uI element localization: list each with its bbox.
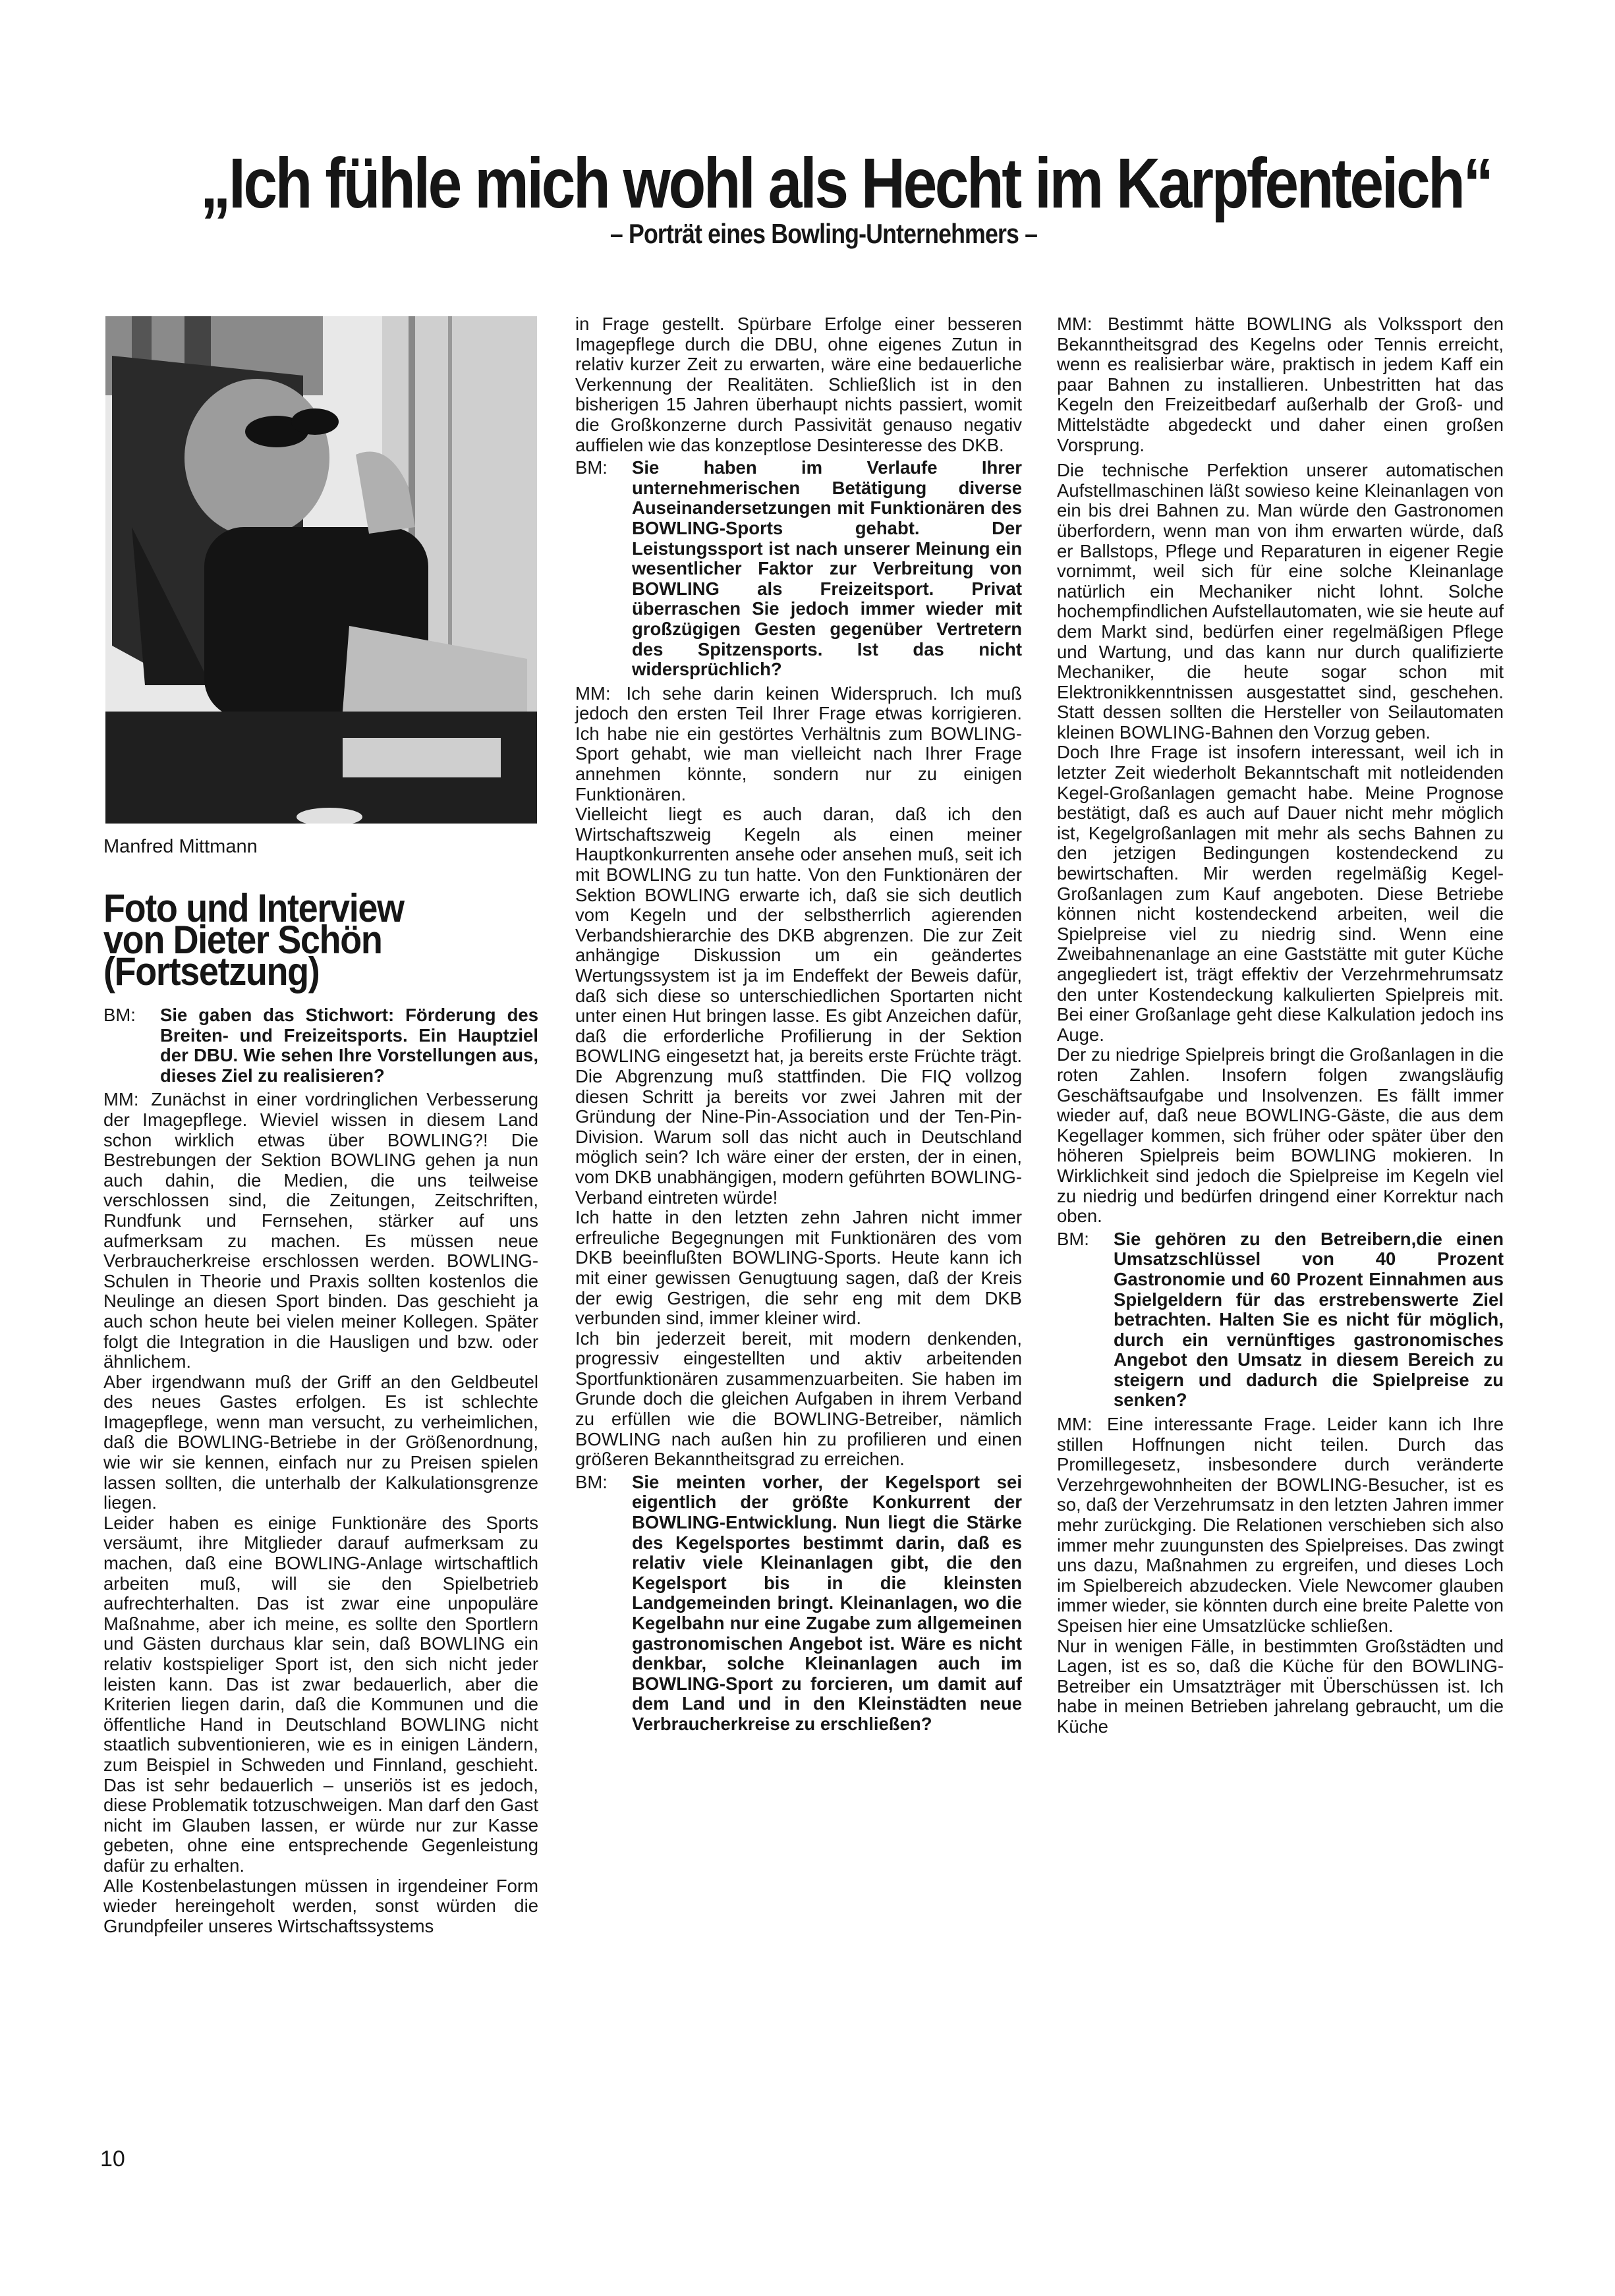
headline: „Ich fühle mich wohl als Hecht im Karpfe… [200,144,1447,223]
answer-text: Ich sehe darin keinen Widerspruch. Ich m… [575,683,1022,804]
question-text: Sie gaben das Stichwort: Förderung des B… [160,1005,538,1086]
interview-answer: MM: Ich sehe darin keinen Widerspruch. I… [575,684,1022,805]
answer-text: Eine interessante Frage. Leider kann ich… [1057,1414,1504,1636]
paragraph: Der zu niedrige Spielpreis bringt die Gr… [1057,1045,1504,1226]
paragraph: Alle Kostenbelastungen müssen in irgende… [103,1876,538,1937]
paragraph: Aber irgendwann muß der Griff an den Gel… [103,1372,538,1513]
photo-caption: Manfred Mittmann [103,835,258,858]
column-3: MM: Bestimmt hätte BOWLING als Volksspor… [1057,314,1504,1737]
column-1: BM: Sie gaben das Stichwort: Förderung d… [103,1003,538,1936]
photo-illustration [105,316,537,824]
paragraph: Ich bin jederzeit bereit, mit modern den… [575,1329,1022,1470]
paragraph: Doch Ihre Frage ist insofern interessant… [1057,742,1504,1045]
page-number: 10 [100,2146,125,2172]
speaker-label: BM: [575,458,632,680]
byline: Foto und Interview von Dieter Schön (For… [103,893,495,988]
column-2: in Frage gestellt. Spürbare Erfolge eine… [575,314,1022,1739]
question-text: Sie meinten vorher, der Kegelsport sei e… [632,1472,1022,1735]
interview-answer: MM: Zunächst in einer vordringlichen Ver… [103,1090,538,1372]
speaker-label: MM: [1057,314,1092,334]
paragraph: Vielleicht liegt es auch daran, daß ich … [575,804,1022,1208]
paragraph: in Frage gestellt. Spürbare Erfolge eine… [575,314,1022,455]
question-text: Sie gehören zu den Betreibern,die einen … [1114,1229,1504,1411]
question-text: Sie haben im Verlaufe Ihrer unternehmeri… [632,458,1022,680]
paragraph: Nur in wenigen Fälle, in bestimmten Groß… [1057,1637,1504,1737]
speaker-label: BM: [103,1005,160,1086]
interview-question: BM: Sie meinten vorher, der Kegelsport s… [575,1472,1022,1735]
speaker-label: MM: [103,1089,138,1109]
answer-text: Bestimmt hätte BOWLING als Volkssport de… [1057,314,1504,455]
paragraph: Leider haben es einige Funktionäre des S… [103,1513,538,1876]
paragraph: Ich hatte in den letzten zehn Jahren nic… [575,1208,1022,1329]
interview-question: BM: Sie gaben das Stichwort: Förderung d… [103,1005,538,1086]
interview-question: BM: Sie haben im Verlaufe Ihrer unterneh… [575,458,1022,680]
paragraph: Die technische Perfektion unserer automa… [1057,461,1504,742]
subheadline: – Porträt eines Bowling-Unternehmers – [208,217,1440,250]
speaker-label: MM: [1057,1414,1092,1434]
answer-text: Zunächst in einer vordringlichen Verbess… [103,1089,538,1372]
interview-question: BM: Sie gehören zu den Betreibern,die ei… [1057,1229,1504,1411]
speaker-label: MM: [575,683,610,704]
speaker-label: BM: [575,1472,632,1735]
speaker-label: BM: [1057,1229,1114,1411]
interview-answer: MM: Bestimmt hätte BOWLING als Volksspor… [1057,314,1504,455]
portrait-photo [105,316,537,824]
interview-answer: MM: Eine interessante Frage. Leider kann… [1057,1414,1504,1637]
byline-line-3: (Fortsetzung) [103,956,495,988]
